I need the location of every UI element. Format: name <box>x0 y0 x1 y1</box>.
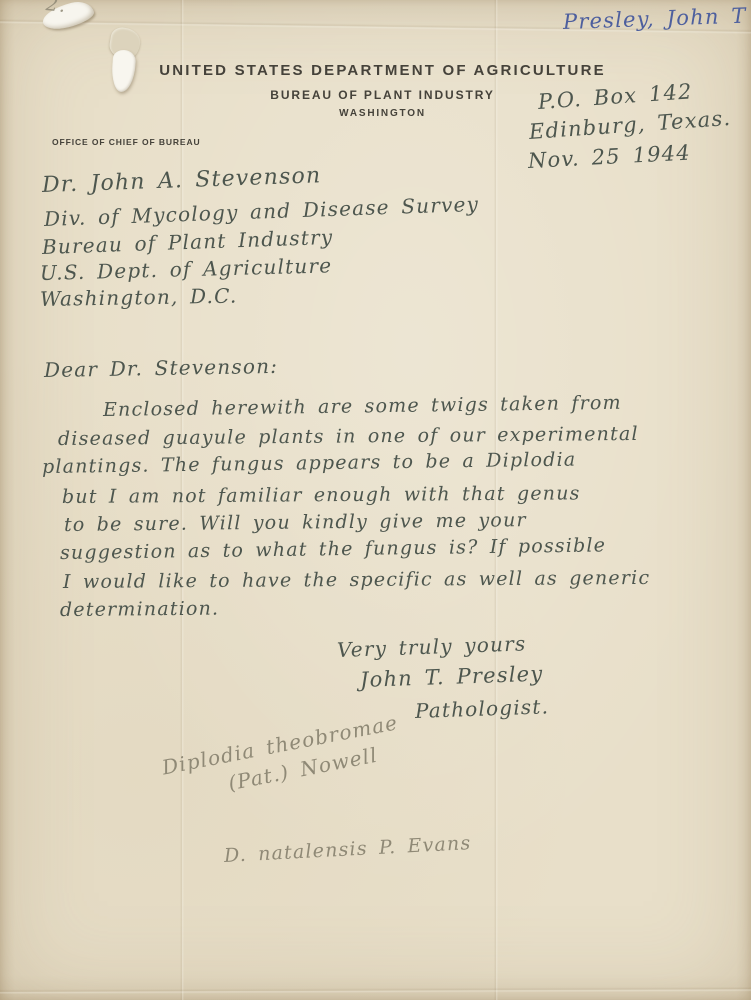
fold-crease-horizontal-bottom <box>0 987 751 995</box>
body-line: determination. <box>60 598 219 621</box>
body-line: diseased guayule plants in one of our ex… <box>58 423 639 450</box>
determination-note-2: D. natalensis P. Evans <box>223 832 471 867</box>
determination-note-1: Diplodia theobromae (Pat.) Nowell <box>160 710 405 807</box>
letterhead-department: UNITED STATES DEPARTMENT OF AGRICULTURE <box>14 62 751 79</box>
letterhead-office-line: OFFICE OF CHIEF OF BUREAU <box>52 137 201 147</box>
pencil-page-mark: 2. <box>45 0 68 17</box>
closing-valediction: Very truly yours <box>337 631 527 662</box>
salutation: Dear Dr. Stevenson: <box>44 354 279 382</box>
recipient-name: Dr. John A. Stevenson <box>42 163 322 198</box>
recipient-division: Div. of Mycology and Disease Survey <box>44 192 480 231</box>
recipient-department: U.S. Dept. of Agriculture <box>40 253 333 285</box>
letter-date: Nov. 25 1944 <box>527 140 691 172</box>
recipient-city: Washington, D.C. <box>40 284 238 311</box>
letter-page: 2. Presley, John T UNITED STATES DEPARTM… <box>0 0 751 1000</box>
body-line: but I am not familiar enough with that g… <box>62 482 581 508</box>
signer-title: Pathologist. <box>415 694 550 723</box>
body-line: to be sure. Will you kindly give me your <box>64 509 527 536</box>
body-line: I would like to have the specific as wel… <box>63 567 650 593</box>
signature: John T. Presley <box>360 662 544 692</box>
body-line: suggestion as to what the fungus is? If … <box>60 534 606 564</box>
